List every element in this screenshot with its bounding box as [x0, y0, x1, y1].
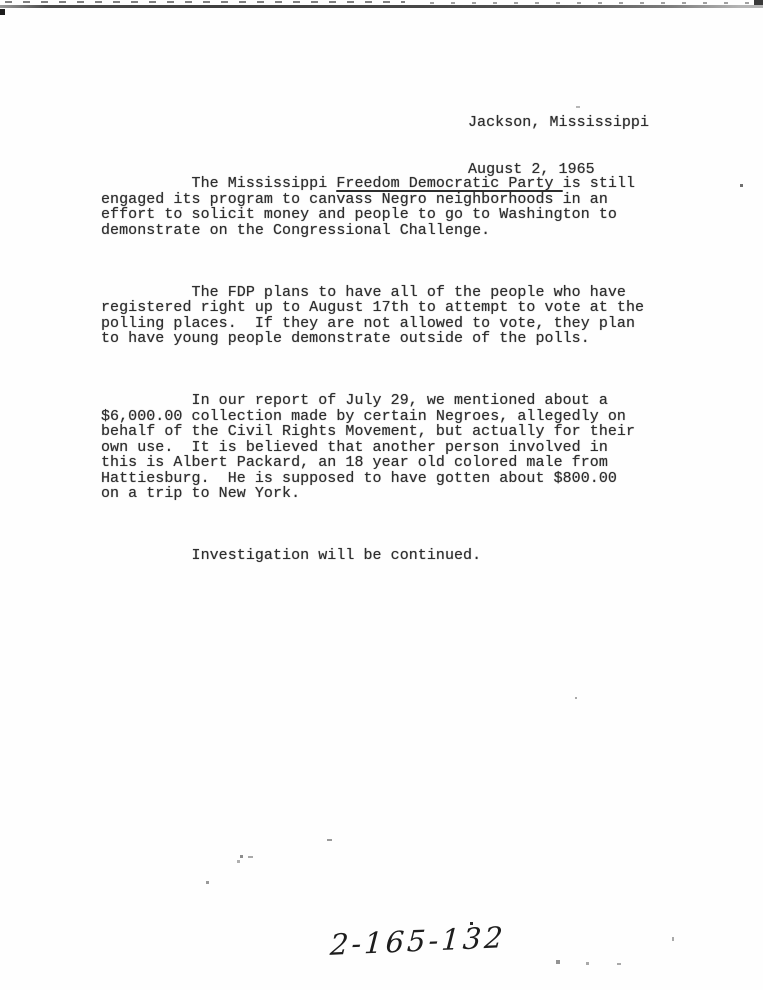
handwritten-file-number: 2-165-132: [329, 920, 507, 962]
dateline-location: Jackson, Mississippi: [468, 115, 649, 131]
scan-speck: [556, 960, 560, 964]
scan-edge-mark: [754, 0, 763, 5]
scan-speck: [586, 962, 589, 965]
scan-speck: [740, 184, 743, 187]
scan-speck: [617, 963, 621, 965]
scan-edge-dashes: [5, 1, 405, 3]
paragraph-4: Investigation will be continued.: [101, 548, 644, 564]
scan-speck: [576, 106, 580, 108]
scan-edge-mark: [0, 9, 5, 15]
scan-speck: [240, 855, 243, 858]
scan-speck: [470, 922, 473, 925]
scan-speck: [575, 697, 577, 699]
paragraph-3: In our report of July 29, we mentioned a…: [101, 393, 644, 502]
scan-speck: [248, 856, 253, 858]
scan-edge-dashes: [430, 2, 760, 4]
document-body: The Mississippi Freedom Democratic Party…: [101, 145, 644, 610]
paragraph-1-lead: The Mississippi: [101, 175, 336, 192]
scan-speck: [206, 881, 209, 884]
scan-speck: [672, 937, 674, 941]
scan-speck: [237, 860, 240, 863]
scanned-document-page: Jackson, Mississippi August 2, 1965 The …: [0, 0, 763, 990]
paragraph-1: The Mississippi Freedom Democratic Party…: [101, 176, 644, 238]
scan-edge-line: [0, 5, 763, 8]
scan-speck: [327, 839, 332, 841]
paragraph-2: The FDP plans to have all of the people …: [101, 285, 644, 347]
underlined-phrase: Freedom Democratic Party: [336, 175, 562, 192]
